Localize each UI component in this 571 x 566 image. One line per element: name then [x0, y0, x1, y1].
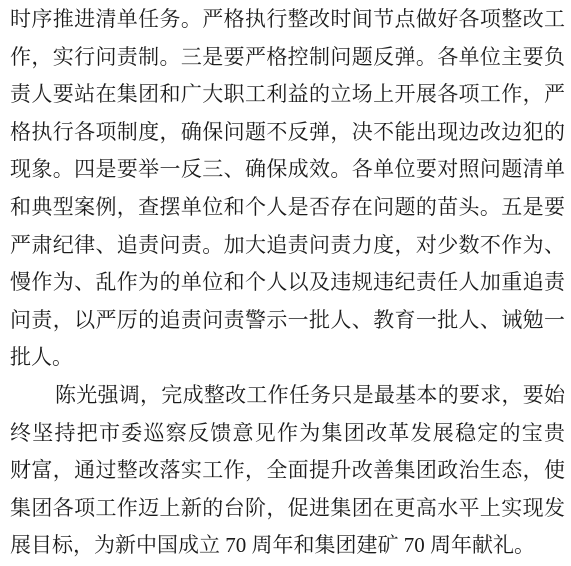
- text-line: 严肃纪律、追责问责。加大追责问责力度，对少数不作为、: [10, 227, 565, 265]
- paragraph-chenguang-emphasis: 陈光强调，完成整改工作任务只是最基本的要求，要始 终坚持把市委巡察反馈意见作为集…: [10, 377, 565, 565]
- text-line: 作，实行问责制。三是要严格控制问题反弹。各单位主要负: [10, 39, 565, 77]
- text-line: 集团各项工作迈上新的台阶，促进集团在更高水平上实现发: [10, 490, 565, 528]
- text-line: 时序推进清单任务。严格执行整改时间节点做好各项整改工: [10, 1, 565, 39]
- text-line: 和典型案例，查摆单位和个人是否存在问题的苗头。五是要: [10, 189, 565, 227]
- document-page: 时序推进清单任务。严格执行整改时间节点做好各项整改工 作，实行问责制。三是要严格…: [0, 0, 571, 566]
- text-line: 批人。: [10, 339, 565, 377]
- paragraph-rectification-measures: 时序推进清单任务。严格执行整改时间节点做好各项整改工 作，实行问责制。三是要严格…: [10, 1, 565, 377]
- text-line: 终坚持把市委巡察反馈意见作为集团改革发展稳定的宝贵: [10, 415, 565, 453]
- text-line: 责人要站在集团和广大职工利益的立场上开展各项工作，严: [10, 76, 565, 114]
- text-line: 慢作为、乱作为的单位和个人以及违规违纪责任人加重追责: [10, 264, 565, 302]
- text-line: 财富，通过整改落实工作，全面提升改善集团政治生态，使: [10, 452, 565, 490]
- text-line: 格执行各项制度，确保问题不反弹，决不能出现边改边犯的: [10, 114, 565, 152]
- text-line: 展目标，为新中国成立 70 周年和集团建矿 70 周年献礼。: [10, 527, 565, 565]
- text-line: 陈光强调，完成整改工作任务只是最基本的要求，要始: [10, 377, 565, 415]
- text-line: 现象。四是要举一反三、确保成效。各单位要对照问题清单: [10, 151, 565, 189]
- text-line: 问责，以严厉的追责问责警示一批人、教育一批人、诫勉一: [10, 302, 565, 340]
